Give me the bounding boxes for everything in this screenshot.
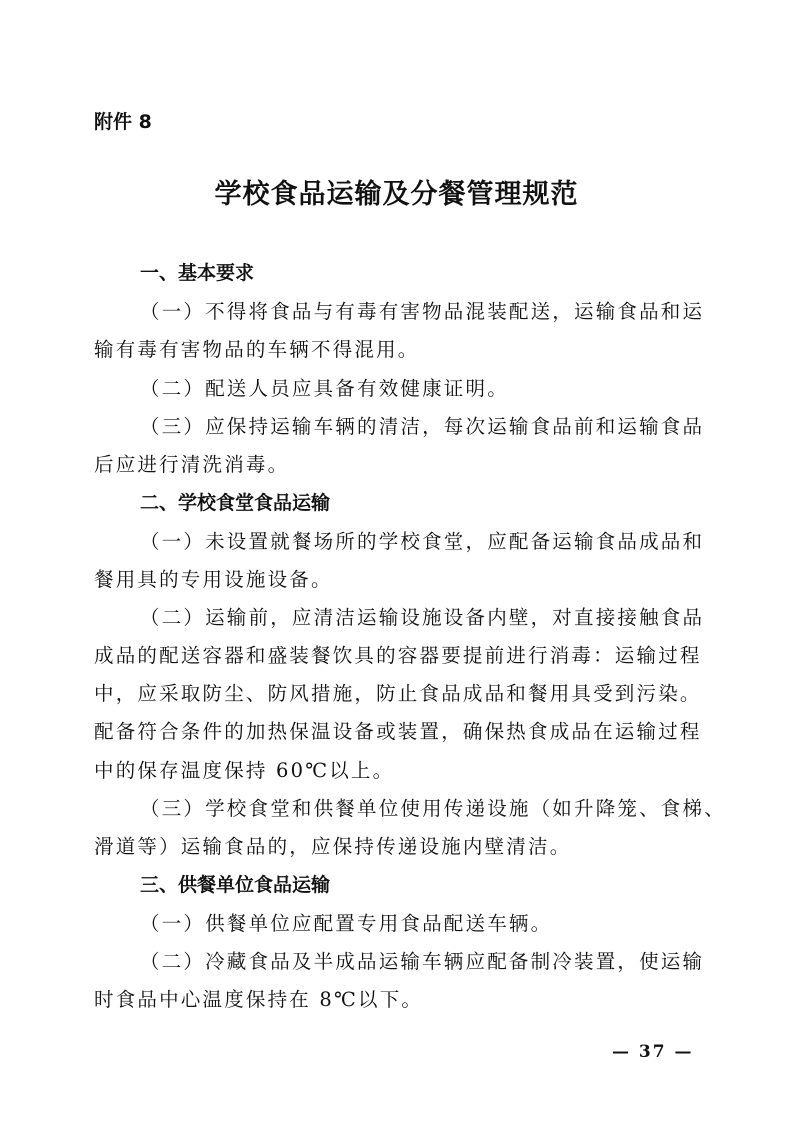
paragraph-line: （一）未设置就餐场所的学校食堂，应配备运输食品成品和 bbox=[140, 530, 704, 554]
page-title: 学校食品运输及分餐管理规范 bbox=[0, 178, 793, 212]
paragraph-line: 成品的配送容器和盛装餐饮具的容器要提前进行消毒：运输过程 bbox=[94, 644, 702, 668]
paragraph-line: （三）学校食堂和供餐单位使用传递设施（如升降笼、食梯、 bbox=[140, 797, 726, 821]
section-heading-basic-requirements: 一、基本要求 bbox=[140, 261, 254, 285]
paragraph-line: （二）配送人员应具备有效健康证明。 bbox=[140, 377, 509, 401]
paragraph-line: 时食品中心温度保持在 8℃以下。 bbox=[94, 988, 423, 1012]
attachment-label: 附件 8 bbox=[94, 110, 152, 134]
paragraph-line: 中，应采取防尘、防风措施，防止食品成品和餐用具受到污染。 bbox=[94, 682, 702, 706]
paragraph-line: 滑道等）运输食品的，应保持传递设施内壁清洁。 bbox=[94, 835, 571, 859]
paragraph-line: （二）冷藏食品及半成品运输车辆应配备制冷装置，使运输 bbox=[140, 950, 704, 974]
paragraph-line: （一）不得将食品与有毒有害物品混装配送，运输食品和运 bbox=[140, 300, 704, 324]
paragraph-line: 餐用具的专用设施设备。 bbox=[94, 568, 333, 592]
paragraph-line: 输有毒有害物品的车辆不得混用。 bbox=[94, 338, 420, 362]
section-heading-supplier-transport: 三、供餐单位食品运输 bbox=[140, 873, 330, 897]
paragraph-line: 后应进行清洗消毒。 bbox=[94, 453, 289, 477]
paragraph-line: 中的保存温度保持 60℃以上。 bbox=[94, 759, 394, 783]
paragraph-line: （三）应保持运输车辆的清洁，每次运输食品前和运输食品 bbox=[140, 415, 704, 439]
page-number: — 37 — bbox=[612, 1040, 694, 1064]
paragraph-line: （二）运输前，应清洁运输设施设备内壁，对直接接触食品 bbox=[140, 606, 704, 630]
section-heading-canteen-transport: 二、学校食堂食品运输 bbox=[140, 491, 330, 515]
paragraph-line: 配备符合条件的加热保温设备或装置，确保热食成品在运输过程 bbox=[94, 720, 702, 744]
paragraph-line: （一）供餐单位应配置专用食品配送车辆。 bbox=[140, 912, 552, 936]
